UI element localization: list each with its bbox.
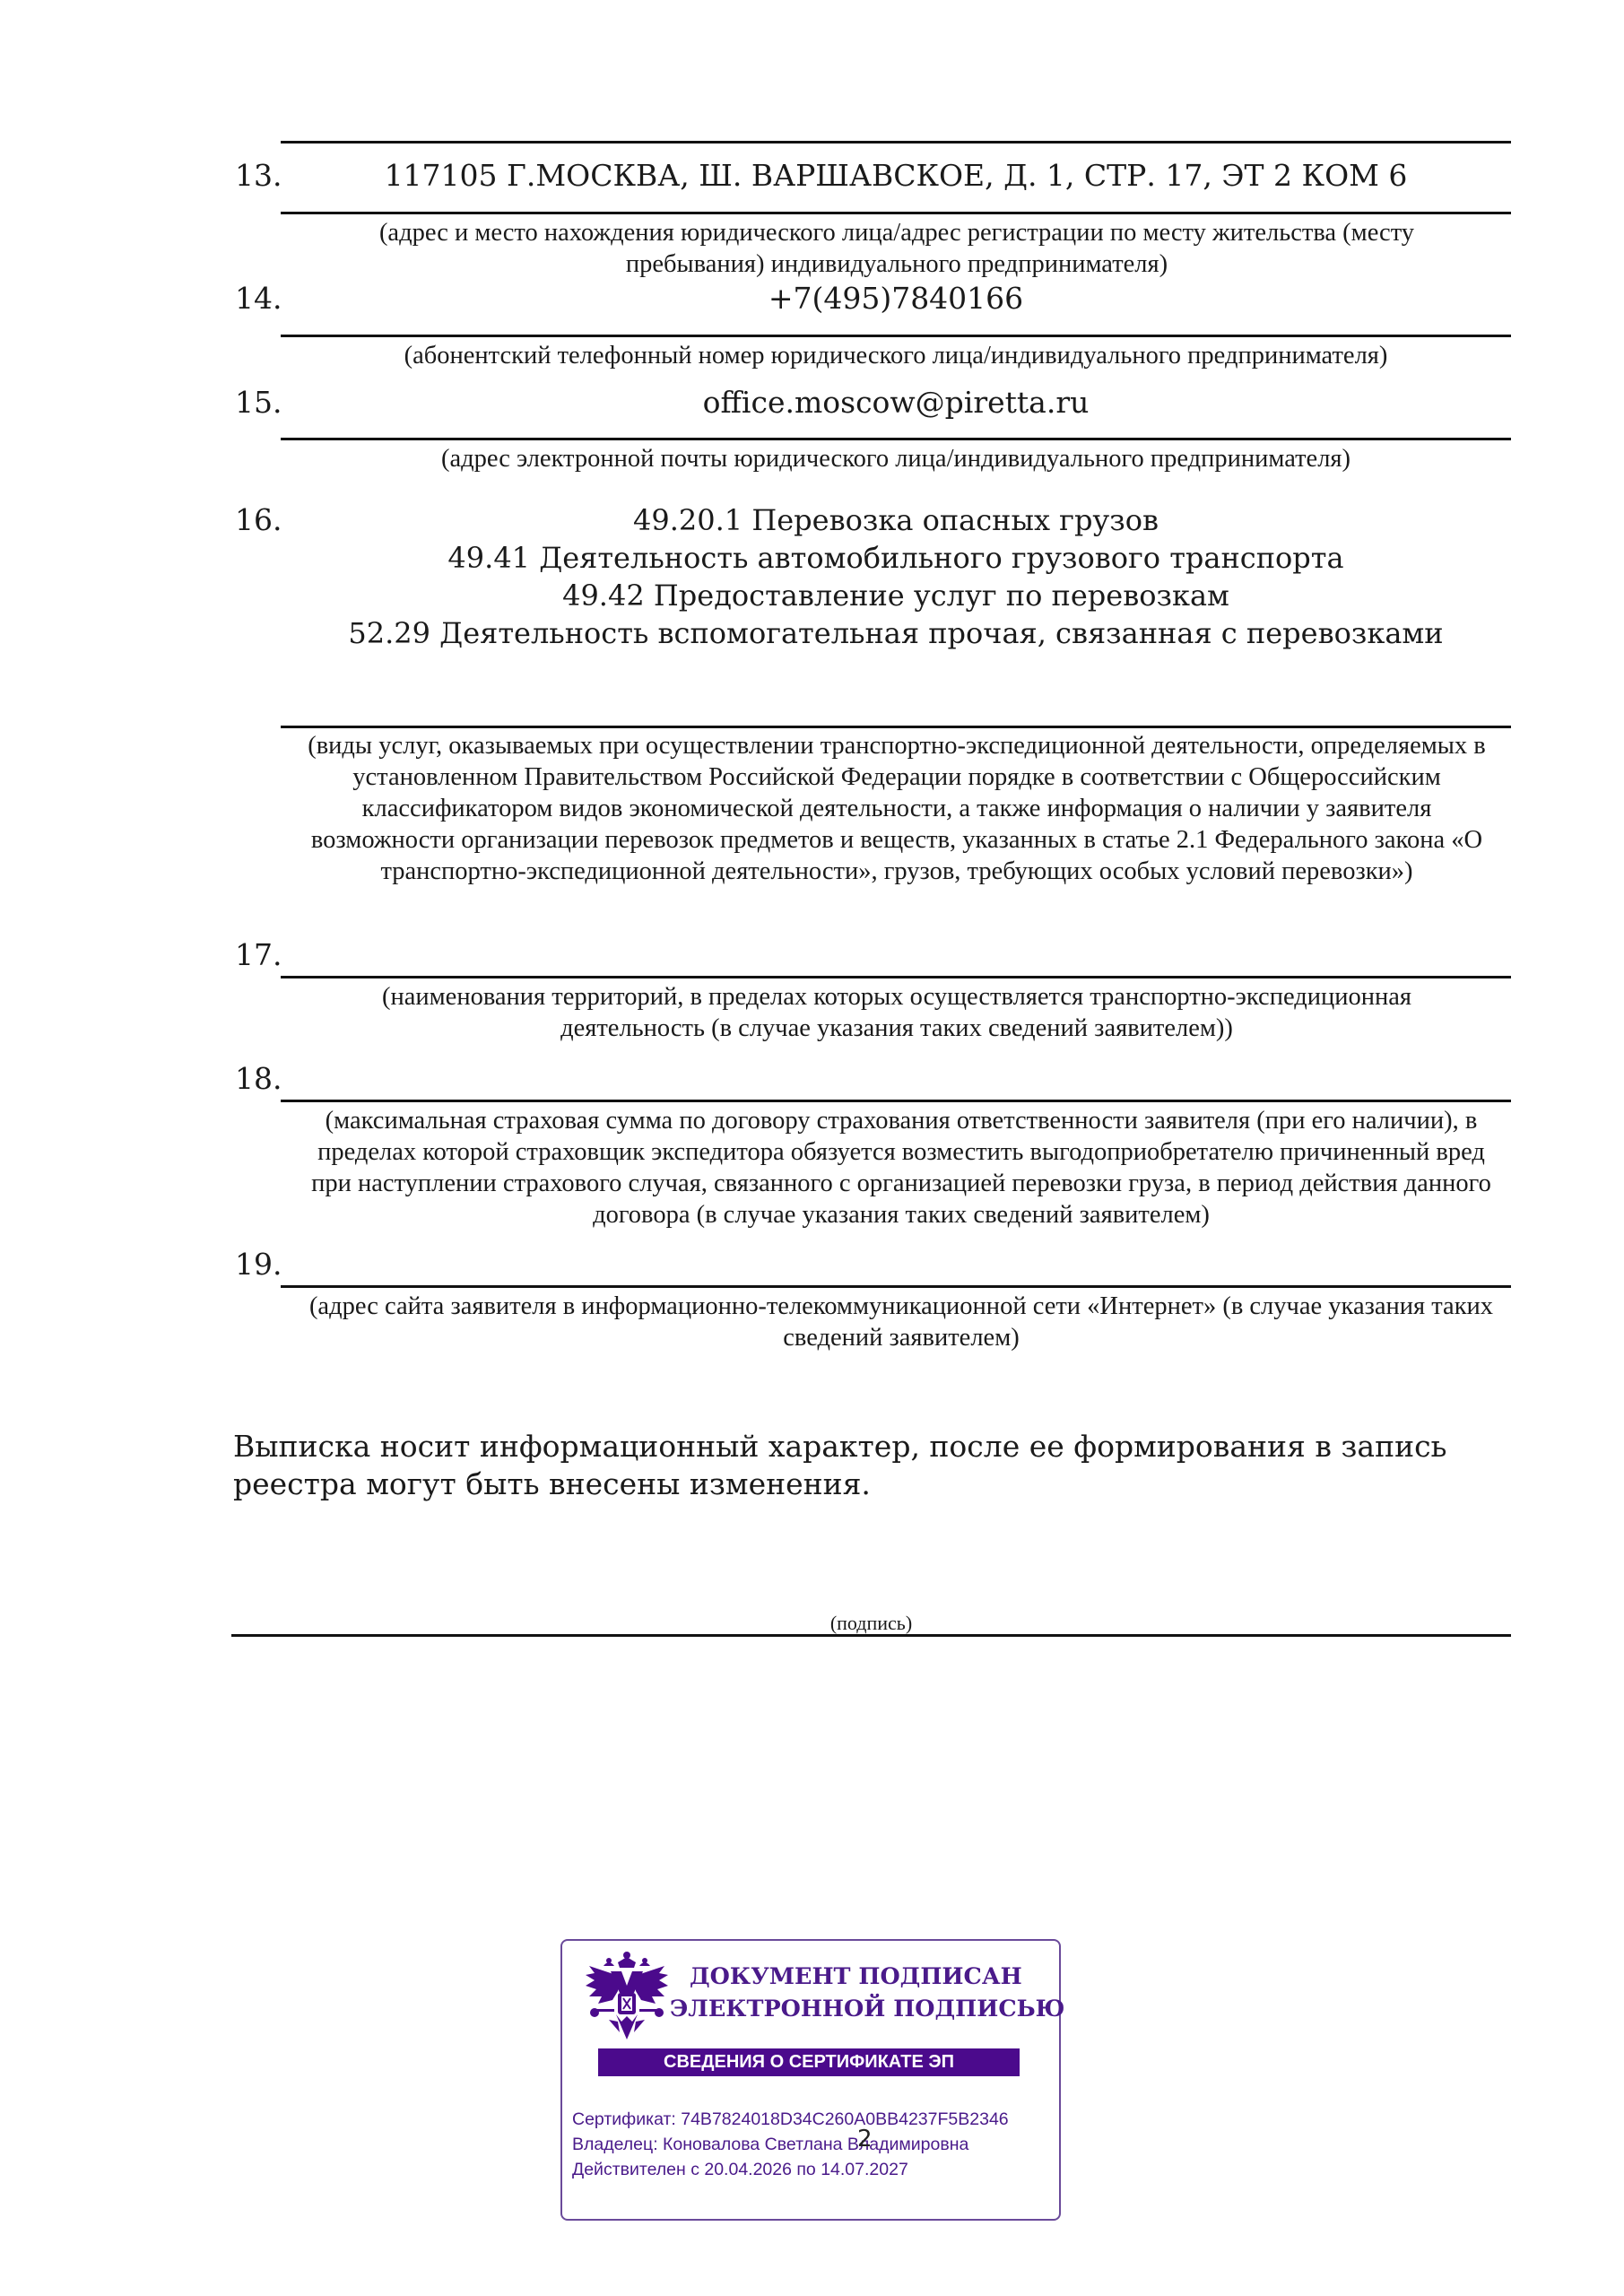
activity-code: 52.29 Деятельность вспомогательная проча… (281, 614, 1511, 652)
stamp-title: ДОКУМЕНТ ПОДПИСАН ЭЛЕКТРОННОЙ ПОДПИСЬЮ (670, 1961, 1065, 2025)
item-14-caption: (абонентский телефонный номер юридическо… (281, 340, 1511, 371)
item-17-caption: (наименования территорий, в пределах кот… (341, 981, 1453, 1044)
item-17-rule (281, 976, 1511, 978)
item-14-number: 14. (235, 281, 282, 316)
item-16-caption: (виды услуг, оказываемых при осуществлен… (291, 730, 1502, 887)
activity-code: 49.42 Предоставление услуг по перевозкам (281, 577, 1511, 614)
item-14-rule (281, 335, 1511, 337)
stamp-certificate-details: Сертификат: 74B7824018D34C260A0BB4237F5B… (572, 2107, 1009, 2182)
item-14-phone: +7(495)7840166 (281, 281, 1511, 316)
item-16-number: 16. (235, 502, 282, 537)
item-19-number: 19. (235, 1247, 282, 1282)
item-19-rule (281, 1285, 1511, 1288)
item-15-number: 15. (235, 385, 282, 420)
activity-code: 49.41 Деятельность автомобильного грузов… (281, 539, 1511, 577)
item-15-caption: (адрес электронной почты юридического ли… (281, 443, 1511, 474)
e-signature-stamp: ДОКУМЕНТ ПОДПИСАН ЭЛЕКТРОННОЙ ПОДПИСЬЮ С… (560, 1939, 1061, 2221)
stamp-certificate-band: СВЕДЕНИЯ О СЕРТИФИКАТЕ ЭП (598, 2048, 1020, 2076)
item-13-rule (281, 212, 1511, 214)
informational-note: Выписка носит информационный характер, п… (233, 1428, 1515, 1503)
item-13-address: 117105 Г.МОСКВА, Ш. ВАРШАВСКОЕ, Д. 1, СТ… (281, 158, 1511, 193)
signature-label: (подпись) (231, 1612, 1511, 1635)
stamp-title-line1: ДОКУМЕНТ ПОДПИСАН (670, 1961, 1065, 1993)
item-16-activity-codes: 49.20.1 Перевозка опасных грузов 49.41 Д… (281, 501, 1511, 652)
item-18-rule (281, 1100, 1511, 1102)
top-rule (281, 141, 1511, 143)
item-17-number: 17. (235, 937, 282, 972)
item-16-rule (281, 726, 1511, 728)
item-13-caption: (адрес и место нахождения юридического л… (332, 217, 1462, 280)
item-15-rule (281, 438, 1511, 440)
stamp-title-line2: ЭЛЕКТРОННОЙ ПОДПИСЬЮ (670, 1993, 1065, 2025)
item-13-number: 13. (235, 158, 282, 193)
item-19-caption: (адрес сайта заявителя в информационно-т… (296, 1291, 1507, 1353)
item-18-caption: (максимальная страховая сумма по договор… (296, 1105, 1507, 1231)
stamp-owner: Владелец: Коновалова Светлана Владимиров… (572, 2132, 1009, 2157)
signature-rule (231, 1634, 1511, 1637)
activity-code: 49.20.1 Перевозка опасных грузов (281, 501, 1511, 539)
page-number: 2 (857, 2126, 873, 2152)
stamp-validity: Действителен с 20.04.2026 по 14.07.2027 (572, 2157, 1009, 2182)
double-headed-eagle-icon (582, 1950, 672, 2043)
item-15-email: office.moscow@piretta.ru (281, 385, 1511, 420)
stamp-certificate-number: Сертификат: 74B7824018D34C260A0BB4237F5B… (572, 2107, 1009, 2132)
item-18-number: 18. (235, 1061, 282, 1096)
